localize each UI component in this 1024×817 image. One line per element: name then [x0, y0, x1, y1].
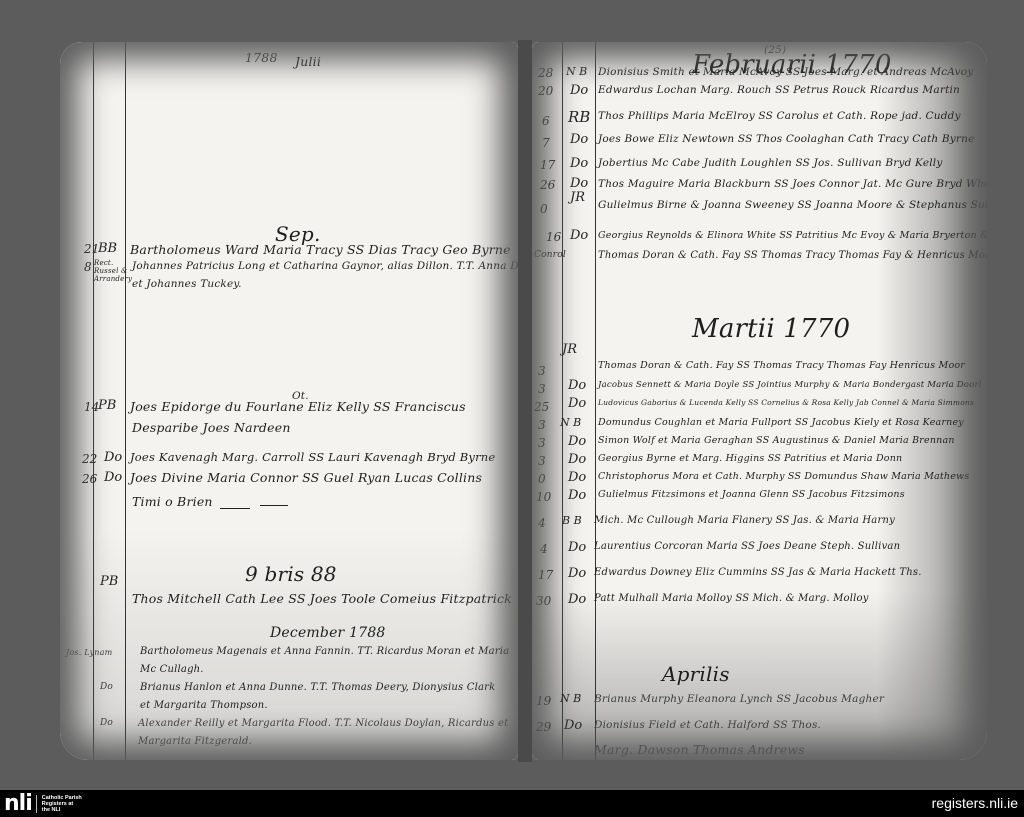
logo-caption-line: the NLI — [42, 807, 61, 813]
entry-code: Do — [568, 434, 586, 449]
entry-text: Patt Mulhall Maria Molloy SS Mich. & Mar… — [594, 593, 869, 604]
margin-rule — [125, 42, 126, 760]
entry-code: JR — [570, 190, 585, 205]
entry-text: Thos Maguire Maria Blackburn SS Joes Con… — [598, 178, 987, 190]
entry-text: Gulielmus Birne & Joanna Sweeney SS Joan… — [598, 199, 987, 211]
entry-text: Georgius Byrne et Marg. Higgins SS Patri… — [598, 453, 902, 464]
entry-day: 7 — [542, 136, 550, 150]
entry-text: Brianus Hanlon et Anna Dunne. T.T. Thoma… — [140, 682, 495, 693]
entry-code: Do — [570, 156, 588, 171]
entry-text: Dionisius Field et Cath. Halford SS Thos… — [594, 719, 821, 731]
entry-day: 26 — [540, 178, 555, 192]
pen-stroke — [220, 508, 250, 509]
entry-text: Thos Mitchell Cath Lee SS Joes Toole Com… — [132, 591, 512, 606]
entry-day: 3 — [538, 454, 546, 468]
entry-text: Georgius Reynolds & Elinora White SS Pat… — [598, 230, 987, 241]
entry-code: Do — [568, 396, 586, 411]
entry-day: 28 — [538, 66, 553, 80]
register-page-left: 1788 Julii Sep. 21 BB Bartholomeus Ward … — [60, 42, 518, 760]
entry-text: Simon Wolf et Maria Geraghan SS Augustin… — [598, 435, 955, 446]
entry-day: 20 — [538, 84, 553, 98]
entry-text-cont: et Johannes Tuckey. — [132, 278, 242, 290]
entry-day: 3 — [538, 382, 546, 396]
entry-code: Do — [568, 566, 586, 581]
entry-text-cont: Margarita Fitzgerald. — [138, 736, 252, 747]
entry-day: 29 — [536, 720, 551, 734]
entry-code: N B — [560, 692, 581, 705]
entry-text: Alexander Reilly et Margarita Flood. T.T… — [138, 718, 508, 729]
entry-code: Conrol — [534, 250, 566, 260]
entry-day: 3 — [538, 418, 546, 432]
entry-text: Johannes Patricius Long et Catharina Gay… — [132, 260, 518, 272]
pen-stroke — [260, 505, 288, 506]
entry-code: Do — [568, 540, 586, 555]
footer-bar: nli Catholic Parish Registers at the NLI… — [0, 790, 1024, 817]
entry-code: Do — [570, 132, 588, 147]
header-month: Julii — [295, 54, 321, 69]
entry-code: Do — [104, 450, 122, 465]
entry-code: Rect. Russel & Arrandery — [94, 259, 128, 283]
entry-text: Gulielmus Fitzsimons et Joanna Glenn SS … — [598, 489, 905, 500]
section-heading: December 1788 — [270, 625, 386, 641]
entry-day: 19 — [536, 694, 551, 708]
header-year: 1788 — [245, 50, 278, 65]
logo-caption: Catholic Parish Registers at the NLI — [42, 795, 82, 814]
entry-day: 17 — [540, 158, 555, 172]
margin-rule — [562, 42, 563, 760]
section-heading: Martii 1770 — [692, 314, 850, 344]
entry-code: B B — [562, 514, 582, 527]
entry-code: N B — [560, 416, 581, 429]
entry-text: Joes Epidorge du Fourlane Eliz Kelly SS … — [130, 399, 466, 414]
entry-day: 4 — [538, 516, 546, 530]
entry-text: Joes Bowe Eliz Newtown SS Thos Coolaghan… — [598, 133, 975, 145]
entry-day: 4 — [540, 542, 548, 556]
entry-text: Domundus Coughlan et Maria Fullport SS J… — [598, 417, 964, 428]
entry-day: 26 — [82, 472, 97, 486]
entry-text: Bartholomeus Ward Maria Tracy SS Dias Tr… — [130, 242, 511, 257]
entry-text: Edwardus Downey Eliz Cummins SS Jas & Ma… — [594, 567, 922, 578]
logo-divider — [36, 795, 37, 813]
entry-code: Do — [564, 718, 582, 733]
entry-day: 0 — [538, 472, 546, 486]
section-heading: 9 bris 88 — [245, 562, 337, 586]
entry-text: Laurentius Corcoran Maria SS Joes Deane … — [594, 541, 900, 552]
margin-rule — [595, 42, 596, 760]
entry-code: Jos. Lynam — [66, 648, 112, 657]
entry-code: Do — [100, 682, 113, 692]
nli-logo[interactable]: nli Catholic Parish Registers at the NLI — [4, 794, 82, 814]
entry-text-cont: Marg. Dawson Thomas Andrews — [594, 742, 805, 757]
entry-text: Joes Kavenagh Marg. Carroll SS Lauri Kav… — [130, 450, 495, 464]
entry-code: PB — [98, 398, 116, 413]
entry-text-cont: Mc Cullagh. — [140, 664, 204, 675]
entry-code: RB — [568, 108, 590, 126]
entry-text: Thos Phillips Maria McElroy SS Carolus e… — [598, 110, 961, 122]
entry-text: Ludovicus Gaborius & Lucenda Kelly SS Co… — [598, 398, 974, 407]
entry-code: Do — [568, 452, 586, 467]
entry-code: Do — [570, 176, 588, 191]
entry-code: Do — [568, 592, 586, 607]
section-heading: Aprilis — [662, 662, 730, 686]
entry-text: Bartholomeus Magenais et Anna Fannin. TT… — [140, 646, 509, 657]
entry-code: Do — [568, 470, 586, 485]
entry-day: 30 — [536, 594, 551, 608]
entry-day: 22 — [82, 452, 97, 466]
entry-text-cont: et Margarita Thompson. — [140, 700, 268, 711]
entry-text: Christophorus Mora et Cath. Murphy SS Do… — [598, 471, 969, 482]
entry-day: 3 — [538, 364, 546, 378]
logo-caption-line: Catholic Parish — [42, 795, 82, 801]
entry-day: 3 — [538, 436, 546, 450]
entry-day: 6 — [542, 114, 550, 128]
registers-site-link[interactable]: registers.nli.ie — [932, 795, 1018, 811]
entry-code: Do — [568, 378, 586, 393]
entry-text: Thomas Doran & Cath. Fay SS Thomas Tracy… — [598, 250, 987, 261]
entry-day: 21 — [84, 242, 99, 256]
entry-day: 14 — [84, 400, 99, 414]
entry-code: BB — [98, 241, 117, 256]
entry-code: Do — [100, 718, 113, 728]
entry-code: Do — [570, 228, 588, 243]
entry-day: 8 — [84, 260, 92, 274]
entry-code: Do — [104, 470, 122, 485]
entry-day: 25 — [534, 400, 549, 414]
logo-caption-line: Registers at — [42, 801, 74, 807]
entry-text-cont: Desparibe Joes Nardeen — [132, 420, 291, 435]
register-image-viewer[interactable]: 1788 Julii Sep. 21 BB Bartholomeus Ward … — [0, 0, 1024, 790]
entry-code: PB — [100, 574, 118, 589]
entry-text-cont: Timi o Brien — [132, 494, 213, 509]
entry-day: 17 — [538, 568, 553, 582]
entry-text: Brianus Murphy Eleanora Lynch SS Jacobus… — [594, 693, 884, 705]
entry-code: Do — [568, 488, 586, 503]
entry-code: JR — [562, 342, 577, 357]
entry-day: 10 — [536, 490, 551, 504]
entry-text: Jacobus Sennett & Maria Doyle SS Jointiu… — [598, 380, 982, 390]
entry-code: N B — [566, 65, 587, 78]
entry-text: Jobertius Mc Cabe Judith Loughlen SS Jos… — [598, 157, 942, 169]
entry-day: 16 — [546, 230, 561, 244]
entry-text: Thomas Doran & Cath. Fay SS Thomas Tracy… — [598, 360, 965, 371]
register-page-right: (25) Februarii 1770 28 N B Dionisius Smi… — [532, 42, 987, 760]
entry-text: Edwardus Lochan Marg. Rouch SS Petrus Ro… — [598, 84, 960, 96]
entry-day: 0 — [540, 202, 548, 216]
entry-text: Mich. Mc Cullough Maria Flanery SS Jas. … — [594, 515, 895, 526]
entry-code: Do — [570, 83, 588, 98]
nli-logo-mark: nli — [4, 794, 32, 814]
entry-text: Dionisius Smith et Maria McAvoy SS Joes … — [598, 66, 973, 78]
book-gutter — [518, 40, 532, 762]
entry-text: Joes Divine Maria Connor SS Guel Ryan Lu… — [130, 470, 482, 485]
